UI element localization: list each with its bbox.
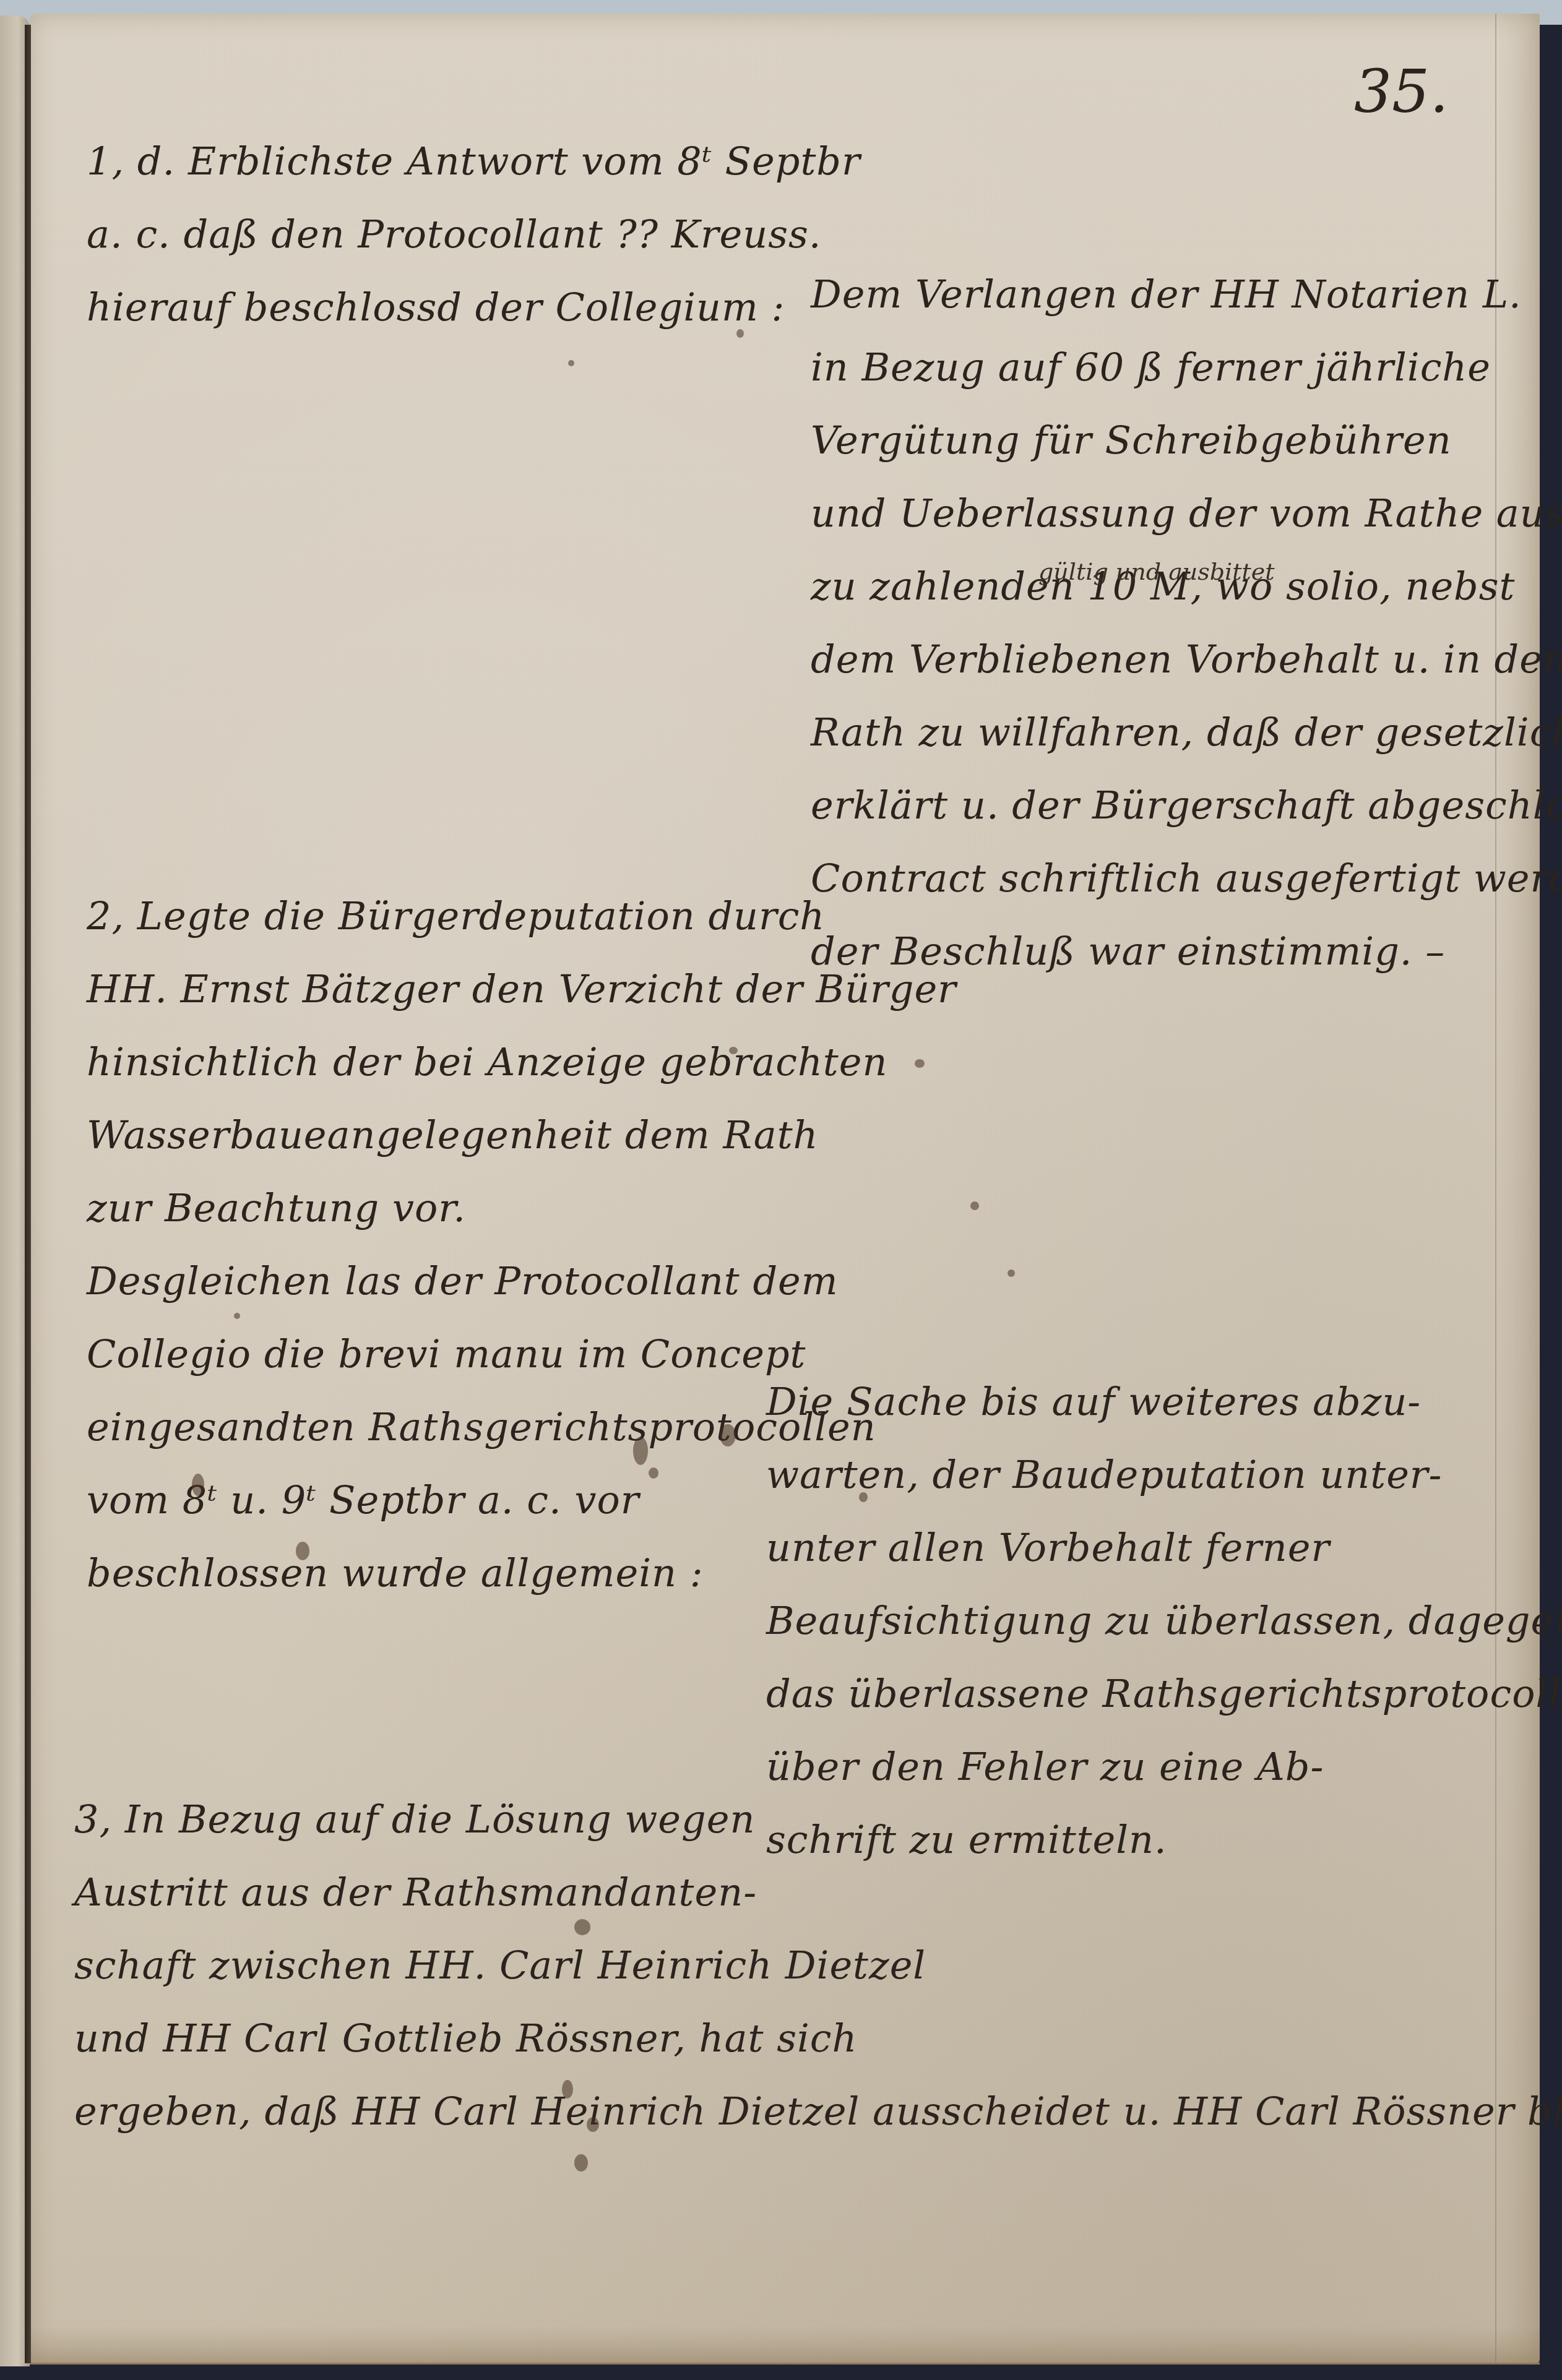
section3-left-line: und HH Carl Gottlieb Rössner, hat sich xyxy=(74,2002,1562,2075)
ink-spot xyxy=(296,1542,309,1560)
section2-right-line: unter allen Vorbehalt ferner xyxy=(766,1511,1562,1584)
section2-left-line: zur Beachtung vor. xyxy=(87,1172,957,1245)
page-edge-bottom xyxy=(30,2326,1540,2365)
section1-right-line: und Ueberlassung der vom Rathe aus- xyxy=(811,477,1562,550)
section1-right-line: Vergütung für Schreibgebühren xyxy=(811,404,1562,477)
binding-gutter xyxy=(25,25,31,2363)
ink-spot xyxy=(192,1474,204,1496)
section2-left-line: hinsichtlich der bei Anzeige gebrachten xyxy=(87,1026,957,1099)
ink-spot xyxy=(574,2154,588,2172)
section2-right-line: Beaufsichtigung zu überlassen, dagegen xyxy=(766,1584,1562,1657)
ink-spot xyxy=(729,1047,738,1054)
section2-left-line: HH. Ernst Bätzger den Verzicht der Bürge… xyxy=(87,953,957,1026)
section3-left-line: Austritt aus der Rathsmandanten- xyxy=(74,1856,1562,1929)
section3-left-line: 3, In Bezug auf die Lösung wegen xyxy=(74,1783,1562,1856)
ink-spot xyxy=(649,1467,658,1479)
ink-spot xyxy=(633,1437,648,1465)
ink-spot xyxy=(915,1059,925,1068)
section1-left-line: 1, d. Erblichste Antwort vom 8ᵗ Septbr xyxy=(87,125,861,198)
ink-spot xyxy=(859,1492,868,1502)
section2-right-line: Die Sache bis auf weiteres abzu- xyxy=(766,1365,1562,1438)
section3-left-line: schaft zwischen HH. Carl Heinrich Dietze… xyxy=(74,1929,1562,2002)
section1-right-line: dem Verbliebenen Vorbehalt u. in dem xyxy=(811,623,1562,696)
section2-left-line: Desgleichen las der Protocollant dem xyxy=(87,1245,957,1318)
ink-spot xyxy=(234,1313,240,1319)
section2-left-line: 2, Legte die Bürgerdeputation durch xyxy=(87,880,957,953)
section1-right-line: erklärt u. der Bürgerschaft abgeschlosse… xyxy=(811,769,1562,842)
section1-right: Dem Verlangen der HH Notarien L. in Bezu… xyxy=(811,258,1562,988)
section3-left: 3, In Bezug auf die Lösung wegen Austrit… xyxy=(74,1783,1562,2148)
ink-spot xyxy=(587,2117,599,2132)
interlinear-note: gültig und ausbittet xyxy=(1038,558,1275,585)
section1-right-line: in Bezug auf 60 ß ferner jährliche xyxy=(811,331,1562,404)
ink-spot xyxy=(574,1919,590,1935)
section1-left-line: hierauf beschlossd der Collegium : xyxy=(87,271,861,344)
section2-right-line: warten, der Baudeputation unter- xyxy=(766,1438,1562,1511)
ink-spot xyxy=(568,360,574,366)
section2-right-line: das überlassene Rathsgerichtsprotocoll xyxy=(766,1657,1562,1730)
manuscript-page: 35. 1, d. Erblichste Antwort vom 8ᵗ Sept… xyxy=(30,14,1540,2365)
section3-final-line: ergeben, daß HH Carl Heinrich Dietzel au… xyxy=(74,2075,1562,2148)
page-number: 35. xyxy=(1354,57,1449,126)
section1-left: 1, d. Erblichste Antwort vom 8ᵗ Septbr a… xyxy=(87,125,861,344)
ink-spot xyxy=(970,1201,979,1210)
ink-spot xyxy=(562,2080,573,2099)
ink-spot xyxy=(1008,1269,1015,1277)
section1-right-line: Rath zu willfahren, daß der gesetzlich xyxy=(811,696,1562,769)
section1-right-line: Dem Verlangen der HH Notarien L. xyxy=(811,258,1562,331)
ink-spot xyxy=(736,329,744,338)
ink-spot xyxy=(720,1424,736,1446)
section2-left-line: Wasserbaueangelegenheit dem Rath xyxy=(87,1099,957,1172)
section1-left-line: a. c. daß den Protocollant ?? Kreuss. xyxy=(87,198,861,271)
